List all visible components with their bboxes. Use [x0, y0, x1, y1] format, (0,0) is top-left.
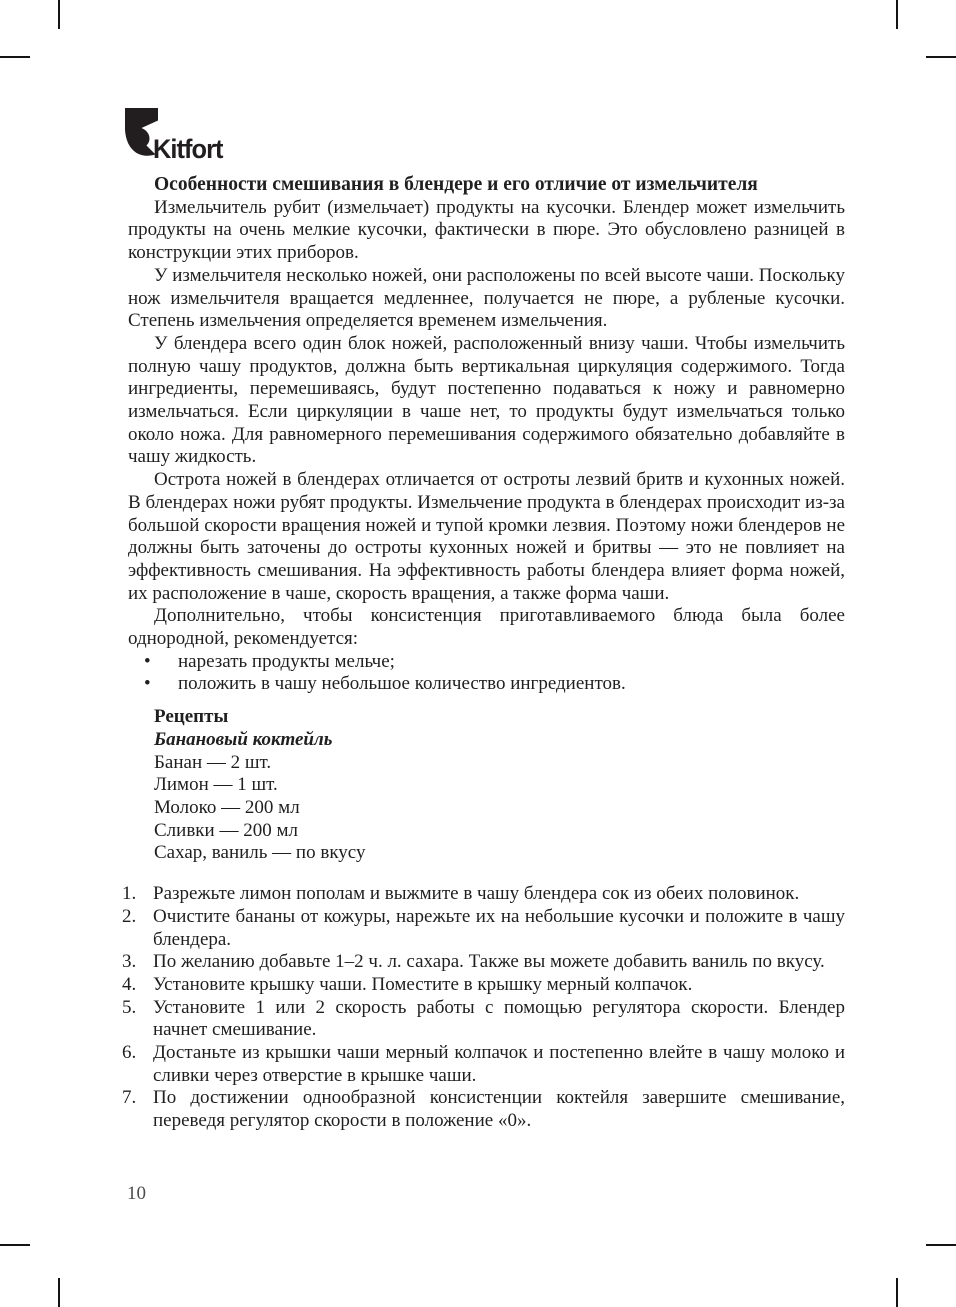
- list-item: • положить в чашу небольшое количество и…: [128, 673, 845, 696]
- step-item: 2. Очистите бананы от кожуры, нарежьте и…: [122, 906, 845, 951]
- recipe-title: Банановый коктейль: [128, 729, 845, 752]
- paragraph: Острота ножей в блендерах отличается от …: [128, 469, 845, 605]
- step-number: 7.: [122, 1087, 153, 1132]
- recommendation-list: • нарезать продукты мельче; • положить в…: [128, 651, 845, 696]
- step-item: 4. Установите крышку чаши. Поместите в к…: [122, 974, 845, 997]
- list-item-text: нарезать продукты мельче;: [178, 651, 395, 674]
- page-number: 10: [127, 1183, 146, 1205]
- crop-mark-top-right-vertical: [896, 0, 898, 29]
- step-text: По желанию добавьте 1–2 ч. л. сахара. Та…: [153, 951, 845, 974]
- paragraph: У измельчителя несколько ножей, они расп…: [128, 265, 845, 333]
- step-text: По достижении однообразной консистенции …: [153, 1087, 845, 1132]
- crop-mark-bottom-left-vertical: [58, 1278, 60, 1307]
- recipes-section: Рецепты Банановый коктейль Банан — 2 шт.…: [128, 706, 845, 865]
- step-item: 1. Разрежьте лимон пополам и выжмите в ч…: [122, 883, 845, 906]
- step-number: 3.: [122, 951, 153, 974]
- step-number: 2.: [122, 906, 153, 951]
- step-number: 4.: [122, 974, 153, 997]
- crop-mark-bottom-right-horizontal: [926, 1244, 956, 1246]
- list-item-text: положить в чашу небольшое количество инг…: [178, 673, 626, 696]
- step-text: Достаньте из крышки чаши мерный колпачок…: [153, 1042, 845, 1087]
- paragraph: Измельчитель рубит (измельчает) продукты…: [128, 197, 845, 265]
- section-heading: Особенности смешивания в блендере и его …: [128, 174, 845, 197]
- ingredient-line: Сахар, ваниль — по вкусу: [128, 842, 845, 865]
- step-item: 6. Достаньте из крышки чаши мерный колпа…: [122, 1042, 845, 1087]
- step-item: 3. По желанию добавьте 1–2 ч. л. сахара.…: [122, 951, 845, 974]
- paragraph: У блендера всего один блок ножей, распол…: [128, 333, 845, 469]
- step-text: Очистите бананы от кожуры, нарежьте их н…: [153, 906, 845, 951]
- bullet-icon: •: [128, 651, 178, 674]
- crop-mark-top-left-horizontal: [0, 56, 30, 58]
- ingredient-line: Молоко — 200 мл: [128, 797, 845, 820]
- step-number: 5.: [122, 997, 153, 1042]
- instruction-steps: 1. Разрежьте лимон пополам и выжмите в ч…: [122, 883, 845, 1133]
- kitfort-logo: Kitfort: [125, 108, 335, 164]
- crop-mark-bottom-left-horizontal: [0, 1244, 30, 1246]
- manual-page: Kitfort Особенности смешивания в блендер…: [0, 0, 956, 1307]
- recipes-heading: Рецепты: [128, 706, 845, 729]
- document-body: Особенности смешивания в блендере и его …: [128, 174, 845, 1133]
- step-number: 1.: [122, 883, 153, 906]
- step-item: 5. Установите 1 или 2 скорость работы с …: [122, 997, 845, 1042]
- crop-mark-top-left-vertical: [58, 0, 60, 29]
- bullet-icon: •: [128, 673, 178, 696]
- ingredient-line: Сливки — 200 мл: [128, 820, 845, 843]
- step-text: Разрежьте лимон пополам и выжмите в чашу…: [153, 883, 845, 906]
- crop-mark-top-right-horizontal: [926, 56, 956, 58]
- ingredient-line: Лимон — 1 шт.: [128, 774, 845, 797]
- step-text: Установите 1 или 2 скорость работы с пом…: [153, 997, 845, 1042]
- brand-wordmark: Kitfort: [153, 134, 223, 165]
- step-item: 7. По достижении однообразной консистенц…: [122, 1087, 845, 1132]
- list-item: • нарезать продукты мельче;: [128, 651, 845, 674]
- crop-mark-bottom-right-vertical: [896, 1278, 898, 1307]
- ingredient-line: Банан — 2 шт.: [128, 752, 845, 775]
- paragraph: Дополнительно, чтобы консистенция пригот…: [128, 605, 845, 650]
- step-number: 6.: [122, 1042, 153, 1087]
- step-text: Установите крышку чаши. Поместите в крыш…: [153, 974, 845, 997]
